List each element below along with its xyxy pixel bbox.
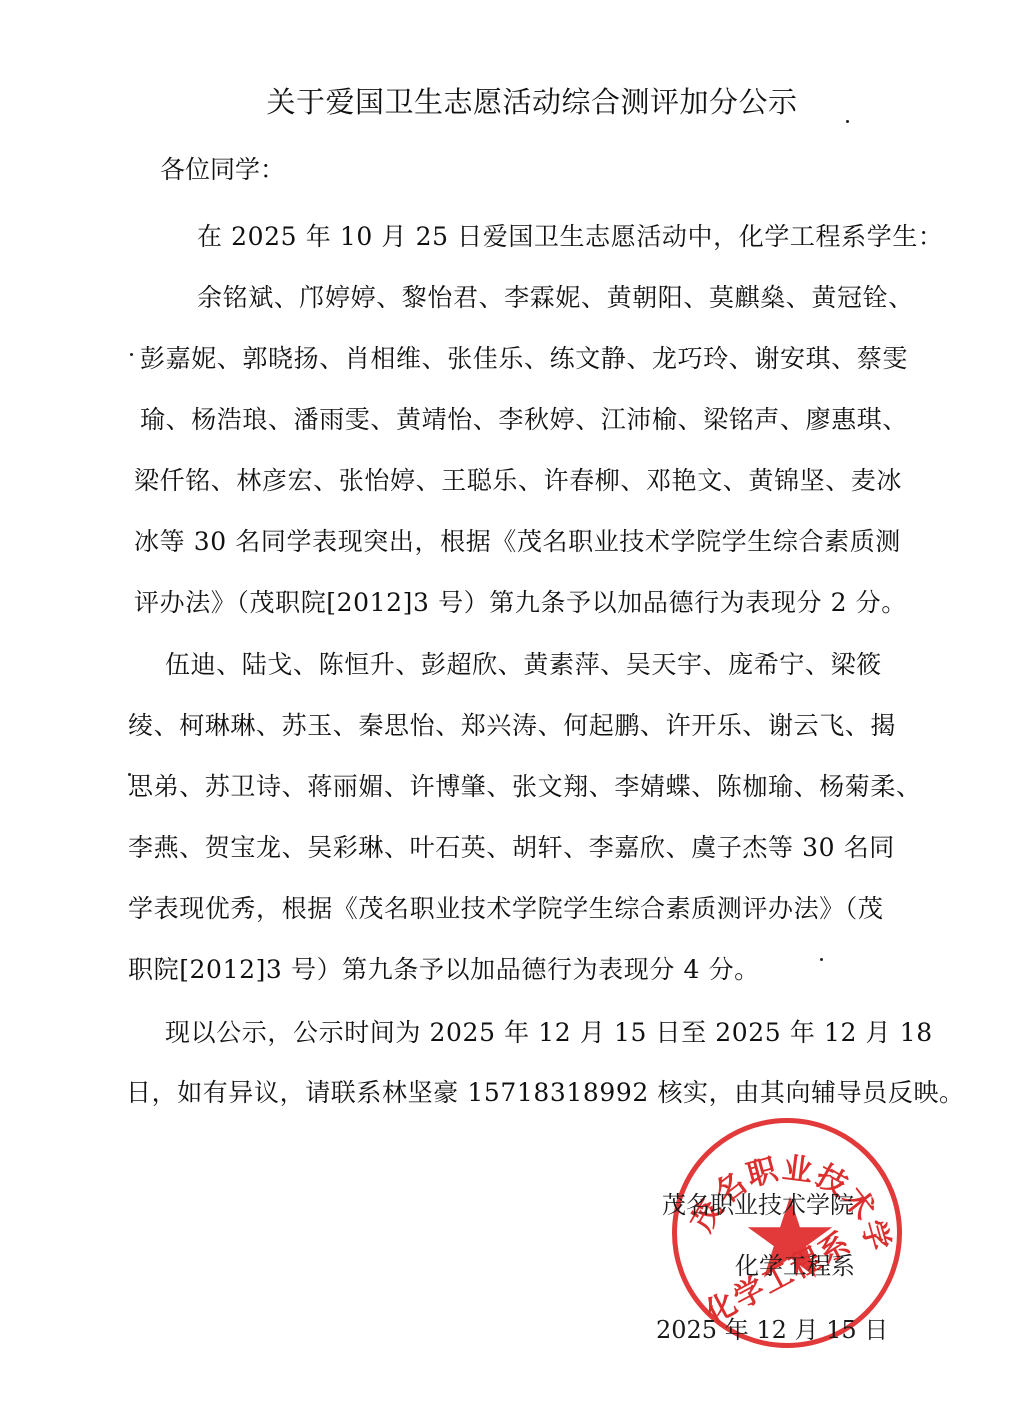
greeting: 各位同学： <box>160 150 285 186</box>
signature-date: 2025 年 12 月 15 日 <box>656 1310 888 1345</box>
name-list-line: 瑜、杨浩琅、潘雨雯、黄靖怡、李秋婷、江沛榆、梁铭声、廖惠琪、 <box>140 400 908 436</box>
scan-speck <box>846 120 849 123</box>
name-list-line: 余铭斌、邝婷婷、黎怡君、李霖妮、黄朝阳、莫麒燊、黄冠铨、 <box>197 278 914 314</box>
scan-speck <box>128 773 131 776</box>
paragraph-line: 冰等 30 名同学表现突出，根据《茂名职业技术学院学生综合素质测 <box>134 522 901 558</box>
name-list-line: 彭嘉妮、郭晓扬、肖相维、张佳乐、练文静、龙巧玲、谢安琪、蔡雯 <box>140 339 908 375</box>
notice-page: 关于爱国卫生志愿活动综合测评加分公示 各位同学： 在 2025 年 10 月 2… <box>0 0 1024 1404</box>
paragraph-line: 评办法》（茂职院[2012]3 号）第九条予以加品德行为表现分 2 分。 <box>134 583 907 619</box>
name-list-line: 梁仟铭、林彦宏、张怡婷、王聪乐、许春柳、邓艳文、黄锦坚、麦冰 <box>134 461 902 497</box>
paragraph-line: 职院[2012]3 号）第九条予以加品德行为表现分 4 分。 <box>128 950 760 986</box>
paragraph-line: 学表现优秀，根据《茂名职业技术学院学生综合素质测评办法》（茂 <box>128 889 884 925</box>
paragraph-line: 日，如有异议，请联系林坚豪 15718318992 核实，由其向辅导员反映。 <box>126 1073 965 1109</box>
scan-speck <box>820 958 823 961</box>
name-list-line: 伍迪、陆戈、陈恒升、彭超欣、黄素萍、吴天宇、庞希宁、梁筱 <box>165 645 882 681</box>
scan-speck <box>130 353 133 356</box>
name-list-line: 思弟、苏卫诗、蒋丽媚、许博肇、张文翔、李婧蝶、陈枷瑜、杨菊柔、 <box>128 767 922 803</box>
paragraph-line: 现以公示，公示时间为 2025 年 12 月 15 日至 2025 年 12 月… <box>165 1013 933 1049</box>
paragraph-line: 在 2025 年 10 月 25 日爱国卫生志愿活动中，化学工程系学生： <box>197 217 944 253</box>
document-title: 关于爱国卫生志愿活动综合测评加分公示 <box>0 80 1024 121</box>
signature-institution: 茂名职业技术学院 <box>662 1185 854 1220</box>
name-list-line: 绫、柯琳琳、苏玉、秦思怡、郑兴涛、何起鹏、许开乐、谢云飞、揭 <box>128 706 896 742</box>
signature-department: 化学工程系 <box>735 1246 855 1281</box>
name-list-line: 李燕、贺宝龙、吴彩琳、叶石英、胡轩、李嘉欣、虞子杰等 30 名同 <box>128 828 895 864</box>
